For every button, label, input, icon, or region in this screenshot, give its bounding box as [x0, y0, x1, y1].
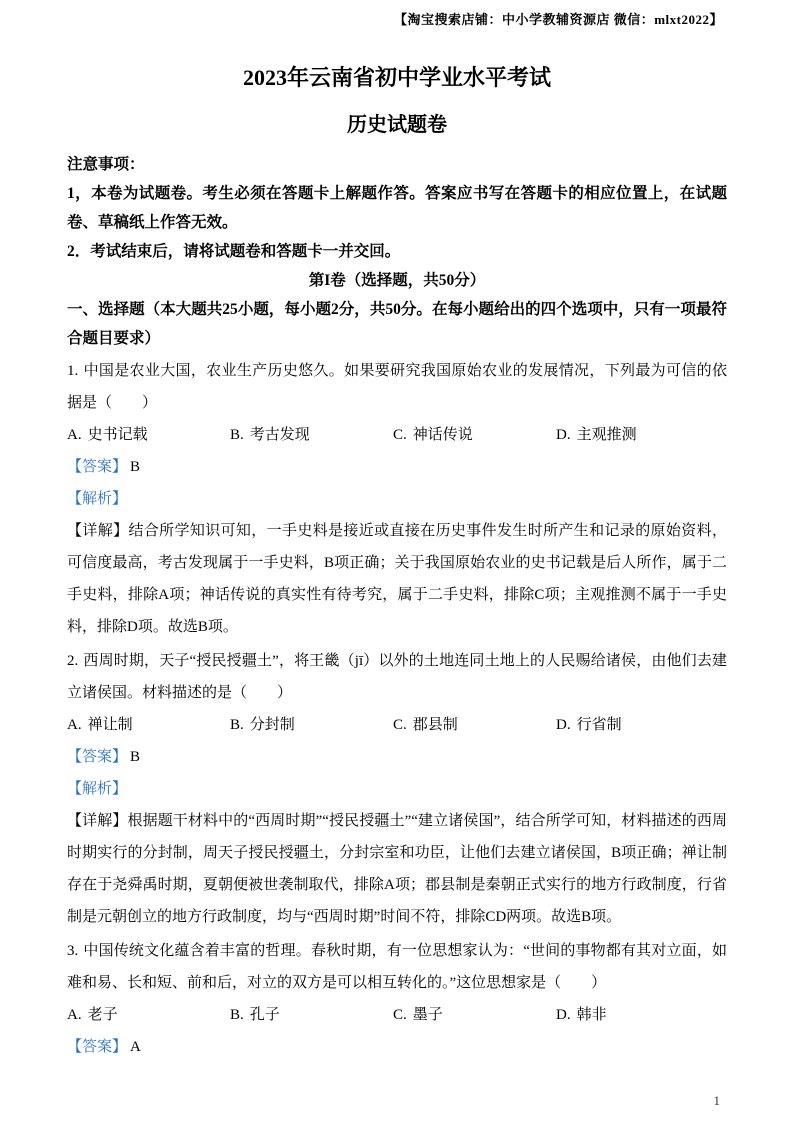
question-number: 2. — [67, 653, 78, 669]
notice-item-2: 2．考试结束后，请将试题卷和答题卡一并交回。 — [67, 237, 727, 266]
option-label: B. — [230, 427, 244, 443]
option-a: A.禅让制 — [67, 709, 230, 741]
question-number: 3. — [67, 943, 78, 959]
detail-label: 【详解】 — [67, 813, 127, 829]
option-label: C. — [393, 427, 407, 443]
page-number: 1 — [714, 1093, 721, 1109]
question-text: 中国是农业大国，农业生产历史悠久。如果要研究我国原始农业的发展情况，下列最为可信… — [67, 363, 727, 411]
option-text: 主观推测 — [577, 427, 637, 443]
answer-label: 【答案】 — [67, 1039, 127, 1055]
answer-line: 【答案】A — [67, 1031, 727, 1063]
question-block-1: 1.中国是农业大国，农业生产历史悠久。如果要研究我国原始农业的发展情况，下列最为… — [67, 355, 727, 643]
option-label: B. — [230, 1007, 244, 1023]
option-label: B. — [230, 717, 244, 733]
option-text: 老子 — [88, 1007, 118, 1023]
option-b: B.孔子 — [230, 999, 393, 1031]
question-stem: 3.中国传统文化蕴含着丰富的哲理。春秋时期，有一位思想家认为：“世间的事物都有其… — [67, 935, 727, 999]
analysis-label: 【解析】 — [67, 781, 127, 797]
notices-heading: 注意事项： — [67, 150, 727, 179]
option-label: D. — [556, 717, 571, 733]
notices-section: 注意事项： 1，本卷为试题卷。考生必须在答题卡上解题作答。答案应书写在答题卡的相… — [67, 150, 727, 266]
question-stem: 1.中国是农业大国，农业生产历史悠久。如果要研究我国原始农业的发展情况，下列最为… — [67, 355, 727, 419]
explanation-text: 根据题干材料中的“西周时期”“授民授疆土”“建立诸侯国”，结合所学可知，材料描述… — [67, 813, 727, 925]
analysis-line: 【解析】 — [67, 773, 727, 805]
analysis-line: 【解析】 — [67, 483, 727, 515]
option-label: C. — [393, 1007, 407, 1023]
question-number: 1. — [67, 363, 78, 379]
explanation: 【详解】结合所学知识可知，一手史料是接近或直接在历史事件发生时所产生和记录的原始… — [67, 515, 727, 643]
option-text: 分封制 — [250, 717, 295, 733]
shop-notice: 【淘宝搜索店铺：中小学教辅资源店 微信：mlxt2022】 — [0, 0, 793, 28]
option-text: 禅让制 — [88, 717, 133, 733]
option-d: D.行省制 — [556, 709, 727, 741]
option-c: C.神话传说 — [393, 419, 556, 451]
notice-item-1: 1，本卷为试题卷。考生必须在答题卡上解题作答。答案应书写在答题卡的相应位置上，在… — [67, 179, 727, 237]
option-text: 考古发现 — [250, 427, 310, 443]
part-title: 第I卷（选择题，共50分） — [67, 266, 727, 295]
option-text: 韩非 — [577, 1007, 607, 1023]
option-b: B.分封制 — [230, 709, 393, 741]
exam-subtitle: 历史试题卷 — [67, 108, 727, 137]
answer-label: 【答案】 — [67, 459, 127, 475]
question-block-3: 3.中国传统文化蕴含着丰富的哲理。春秋时期，有一位思想家认为：“世间的事物都有其… — [67, 935, 727, 1063]
option-text: 郡县制 — [413, 717, 458, 733]
option-text: 史书记载 — [88, 427, 148, 443]
option-label: D. — [556, 1007, 571, 1023]
question-text: 西周时期，天子“授民授疆土”，将王畿（jī）以外的土地连同土地上的人民赐给诸侯，… — [67, 653, 727, 701]
option-c: C.郡县制 — [393, 709, 556, 741]
options-row: A.老子 B.孔子 C.墨子 D.韩非 — [67, 999, 727, 1031]
options-row: A.史书记载 B.考古发现 C.神话传说 D.主观推测 — [67, 419, 727, 451]
explanation: 【详解】根据题干材料中的“西周时期”“授民授疆土”“建立诸侯国”，结合所学可知，… — [67, 805, 727, 933]
option-d: D.韩非 — [556, 999, 727, 1031]
answer-line: 【答案】B — [67, 741, 727, 773]
answer-value: B — [130, 459, 140, 475]
option-label: A. — [67, 427, 82, 443]
exam-title: 2023年云南省初中学业水平考试 — [67, 61, 727, 92]
option-label: C. — [393, 717, 407, 733]
answer-value: B — [130, 749, 140, 765]
answer-label: 【答案】 — [67, 749, 127, 765]
analysis-label: 【解析】 — [67, 491, 127, 507]
section-intro: 一、选择题（本大题共25小题，每小题2分，共50分。在每小题给出的四个选项中，只… — [67, 295, 727, 353]
question-stem: 2.西周时期，天子“授民授疆土”，将王畿（jī）以外的土地连同土地上的人民赐给诸… — [67, 645, 727, 709]
option-a: A.老子 — [67, 999, 230, 1031]
option-label: D. — [556, 427, 571, 443]
question-text: 中国传统文化蕴含着丰富的哲理。春秋时期，有一位思想家认为：“世间的事物都有其对立… — [67, 943, 727, 991]
option-c: C.墨子 — [393, 999, 556, 1031]
exam-paper-page: 【淘宝搜索店铺：中小学教辅资源店 微信：mlxt2022】 2023年云南省初中… — [0, 0, 793, 1122]
option-b: B.考古发现 — [230, 419, 393, 451]
answer-line: 【答案】B — [67, 451, 727, 483]
option-d: D.主观推测 — [556, 419, 727, 451]
option-label: A. — [67, 717, 82, 733]
option-text: 行省制 — [577, 717, 622, 733]
answer-value: A — [130, 1039, 141, 1055]
options-row: A.禅让制 B.分封制 C.郡县制 D.行省制 — [67, 709, 727, 741]
option-label: A. — [67, 1007, 82, 1023]
detail-label: 【详解】 — [67, 523, 128, 539]
page-content: 2023年云南省初中学业水平考试 历史试题卷 注意事项： 1，本卷为试题卷。考生… — [0, 61, 793, 1063]
option-text: 孔子 — [250, 1007, 280, 1023]
option-text: 墨子 — [413, 1007, 443, 1023]
option-text: 神话传说 — [413, 427, 473, 443]
explanation-text: 结合所学知识可知，一手史料是接近或直接在历史事件发生时所产生和记录的原始资料，可… — [67, 523, 727, 635]
option-a: A.史书记载 — [67, 419, 230, 451]
question-block-2: 2.西周时期，天子“授民授疆土”，将王畿（jī）以外的土地连同土地上的人民赐给诸… — [67, 645, 727, 933]
